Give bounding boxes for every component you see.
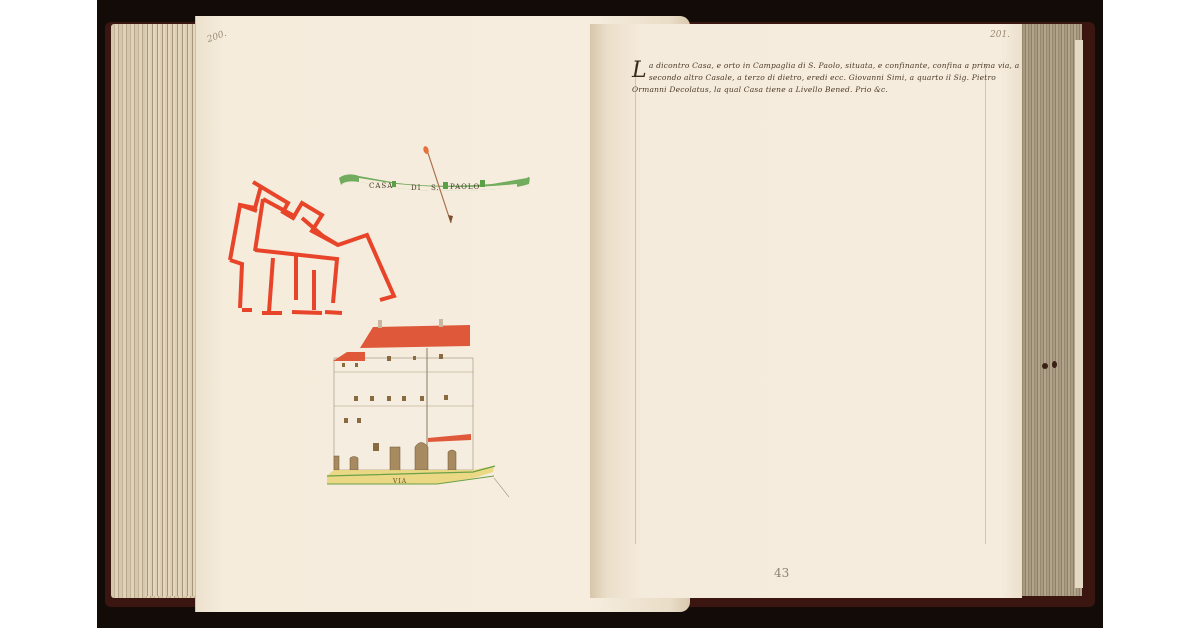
banner-word-di: DI — [411, 184, 421, 192]
street-label-via: VIA — [392, 478, 407, 485]
building-elevation-drawing: VIA — [327, 319, 509, 497]
left-page-drawings: CASA DI S. PAOLO — [97, 0, 1103, 628]
banner-word-casa: CASA — [369, 182, 393, 190]
floor-plan-drawing — [230, 182, 394, 313]
banner-word-paolo: PAOLO — [450, 183, 480, 191]
banner-scroll: CASA DI S. PAOLO — [339, 174, 530, 192]
book-photograph: 200. 201. L a dicontro Casa, e orto in C… — [97, 0, 1103, 628]
north-arrow-icon — [422, 145, 453, 223]
